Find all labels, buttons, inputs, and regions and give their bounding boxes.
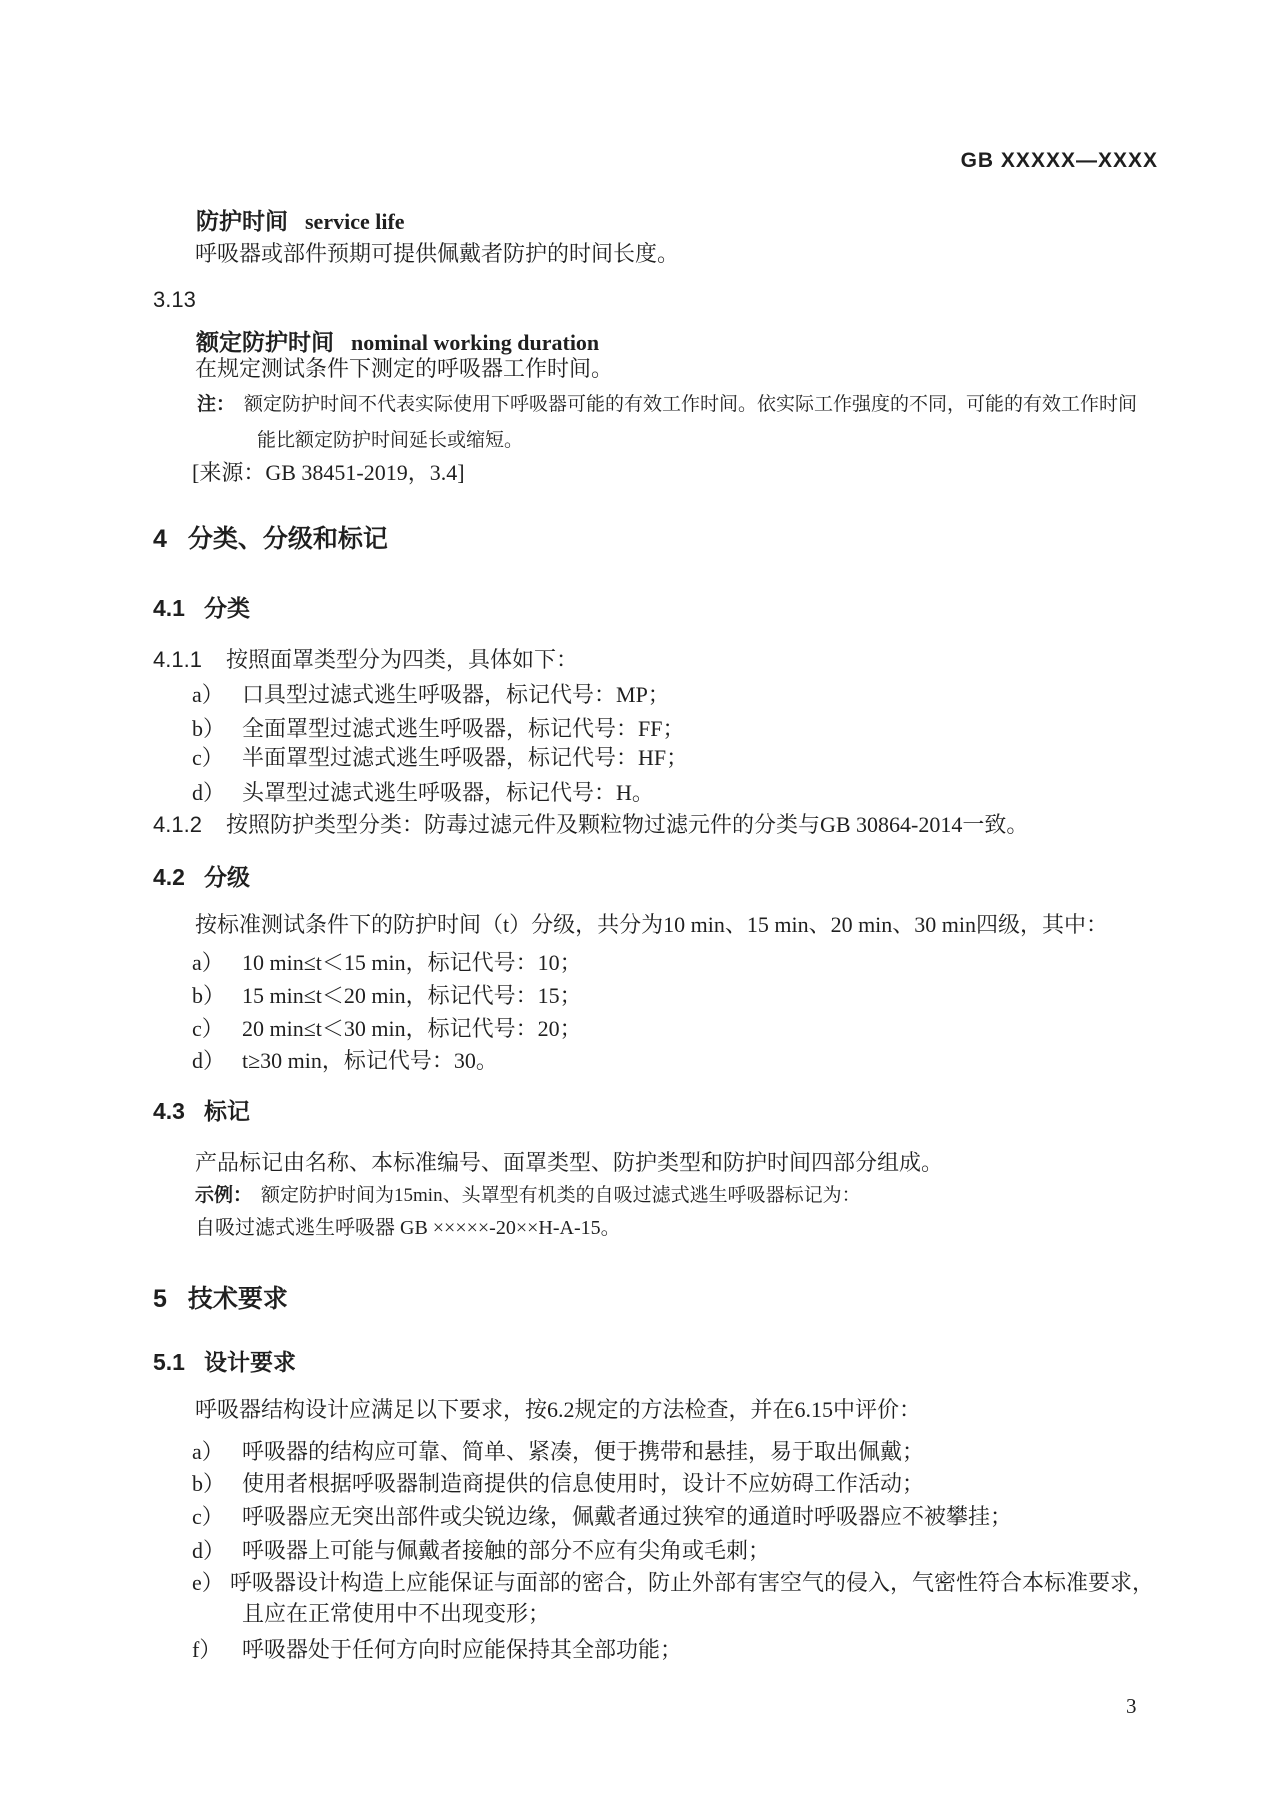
- list-item: d）t≥30 min，标记代号：30。: [192, 1048, 498, 1074]
- list-item: c）呼吸器应无突出部件或尖锐边缘，佩戴者通过狭窄的通道时呼吸器应不被攀挂；: [192, 1504, 1012, 1530]
- list-text: 20 min≤t＜30 min，标记代号：20；: [242, 1016, 582, 1041]
- section-title: 分类: [204, 595, 250, 621]
- term-en-label: nominal working duration: [351, 330, 599, 355]
- list-text: 呼吸器上可能与佩戴者接触的部分不应有尖角或毛刺；: [242, 1538, 770, 1563]
- list-text: t≥30 min，标记代号：30。: [242, 1048, 498, 1073]
- list-item: f）呼吸器处于任何方向时应能保持其全部功能；: [192, 1637, 682, 1663]
- section-4-1-heading: 4.1分类: [153, 595, 250, 623]
- section-title: 技术要求: [188, 1285, 288, 1313]
- term-en-label: service life: [305, 209, 405, 234]
- clause-4-1-2: 4.1.2按照防护类型分类：防毒过滤元件及颗粒物过滤元件的分类与GB 30864…: [153, 812, 1028, 838]
- list-item: c）半面罩型过滤式逃生呼吸器，标记代号：HF；: [192, 745, 688, 771]
- note-line-2: 能比额定防护时间延长或缩短。: [257, 430, 523, 453]
- section-title: 设计要求: [204, 1349, 296, 1375]
- list-marker: e）: [192, 1570, 230, 1596]
- term-definition: 呼吸器或部件预期可提供佩戴者防护的时间长度。: [195, 241, 679, 267]
- section-number: 4.3: [153, 1098, 185, 1124]
- section-number: 4.2: [153, 864, 185, 890]
- list-text: 呼吸器处于任何方向时应能保持其全部功能；: [242, 1637, 682, 1662]
- term-heading-service-life: 防护时间service life: [196, 208, 405, 236]
- section-5-1-heading: 5.1设计要求: [153, 1349, 296, 1377]
- section-title: 标记: [204, 1098, 250, 1124]
- list-text: 呼吸器的结构应可靠、简单、紧凑，便于携带和悬挂，易于取出佩戴；: [242, 1439, 924, 1464]
- section-5-heading: 5技术要求: [153, 1284, 288, 1314]
- list-marker: b）: [192, 716, 242, 742]
- document-page: GB XXXXX—XXXX 防护时间service life 呼吸器或部件预期可…: [0, 0, 1280, 1810]
- section-title: 分类、分级和标记: [188, 525, 388, 553]
- section-4-3-heading: 4.3标记: [153, 1098, 250, 1126]
- list-text: 使用者根据呼吸器制造商提供的信息使用时，设计不应妨碍工作活动；: [242, 1471, 924, 1496]
- list-marker: b）: [192, 1471, 242, 1497]
- list-text: 呼吸器应无突出部件或尖锐边缘，佩戴者通过狭窄的通道时呼吸器应不被攀挂；: [242, 1504, 1012, 1529]
- list-marker: d）: [192, 1048, 242, 1074]
- paragraph: 呼吸器结构设计应满足以下要求，按6.2规定的方法检查，并在6.15中评价：: [195, 1397, 921, 1423]
- list-marker: a）: [192, 950, 242, 976]
- section-number: 4: [153, 525, 167, 553]
- list-marker: c）: [192, 1016, 242, 1042]
- list-item: a）10 min≤t＜15 min，标记代号：10；: [192, 950, 582, 976]
- list-text: 口具型过滤式逃生呼吸器，标记代号：MP；: [242, 682, 670, 707]
- paragraph: 产品标记由名称、本标准编号、面罩类型、防护类型和防护时间四部分组成。: [195, 1150, 943, 1176]
- list-marker: d）: [192, 1538, 242, 1564]
- list-item-continuation: 且应在正常使用中不出现变形；: [242, 1601, 550, 1627]
- list-text: 15 min≤t＜20 min，标记代号：15；: [242, 983, 582, 1008]
- list-text: 呼吸器设计构造上应能保证与面部的密合，防止外部有害空气的侵入，气密性符合本标准要…: [230, 1570, 1154, 1595]
- source-reference: [来源：GB 38451-2019，3.4]: [192, 460, 465, 486]
- note-line-1: 注：额定防护时间不代表实际使用下呼吸器可能的有效工作时间。依实际工作强度的不同，…: [197, 394, 1137, 417]
- list-marker: f）: [192, 1637, 242, 1663]
- page-number: 3: [1126, 1694, 1137, 1719]
- section-title: 分级: [204, 864, 250, 890]
- list-marker: a）: [192, 682, 242, 708]
- clause-4-1-1: 4.1.1按照面罩类型分为四类，具体如下：: [153, 647, 578, 673]
- term-zh-label: 防护时间: [196, 208, 288, 234]
- section-number: 5.1: [153, 1349, 185, 1375]
- section-number: 4.1: [153, 595, 185, 621]
- list-item: e）呼吸器设计构造上应能保证与面部的密合，防止外部有害空气的侵入，气密性符合本标…: [192, 1570, 1154, 1596]
- term-definition: 在规定测试条件下测定的呼吸器工作时间。: [195, 356, 613, 382]
- clause-text: 按照面罩类型分为四类，具体如下：: [226, 647, 578, 672]
- running-header: GB XXXXX—XXXX: [961, 148, 1158, 173]
- example-label: 示例：: [195, 1185, 252, 1206]
- clause-text: 按照防护类型分类：防毒过滤元件及颗粒物过滤元件的分类与GB 30864-2014…: [226, 812, 1028, 837]
- list-marker: c）: [192, 1504, 242, 1530]
- term-zh-label: 额定防护时间: [196, 329, 334, 355]
- list-marker: c）: [192, 745, 242, 771]
- list-text: 全面罩型过滤式逃生呼吸器，标记代号：FF；: [242, 716, 684, 741]
- list-text: 半面罩型过滤式逃生呼吸器，标记代号：HF；: [242, 745, 688, 770]
- term-heading-nominal-working-duration: 额定防护时间nominal working duration: [196, 329, 599, 357]
- section-4-heading: 4分类、分级和标记: [153, 524, 388, 554]
- list-item: a）口具型过滤式逃生呼吸器，标记代号：MP；: [192, 682, 670, 708]
- paragraph: 按标准测试条件下的防护时间（t）分级，共分为10 min、15 min、20 m…: [195, 912, 1108, 938]
- list-item: d）呼吸器上可能与佩戴者接触的部分不应有尖角或毛刺；: [192, 1538, 770, 1564]
- clause-number: 4.1.1: [153, 647, 202, 672]
- clause-number-3-13: 3.13: [153, 287, 196, 313]
- example-line: 示例：额定防护时间为15min、头罩型有机类的自吸过滤式逃生呼吸器标记为：: [195, 1185, 861, 1208]
- section-number: 5: [153, 1285, 167, 1313]
- list-item: d）头罩型过滤式逃生呼吸器，标记代号：H。: [192, 780, 654, 806]
- list-item: c）20 min≤t＜30 min，标记代号：20；: [192, 1016, 582, 1042]
- clause-number: 4.1.2: [153, 812, 202, 837]
- list-text: 10 min≤t＜15 min，标记代号：10；: [242, 950, 582, 975]
- example-marking: 自吸过滤式逃生呼吸器 GB ×××××-20××H-A-15。: [195, 1216, 621, 1240]
- list-item: b）15 min≤t＜20 min，标记代号：15；: [192, 983, 582, 1009]
- list-text: 头罩型过滤式逃生呼吸器，标记代号：H。: [242, 780, 654, 805]
- note-label: 注：: [197, 394, 235, 415]
- note-text: 额定防护时间不代表实际使用下呼吸器可能的有效工作时间。依实际工作强度的不同，可能…: [244, 394, 1137, 415]
- example-text: 额定防护时间为15min、头罩型有机类的自吸过滤式逃生呼吸器标记为：: [261, 1185, 861, 1206]
- list-item: b）全面罩型过滤式逃生呼吸器，标记代号：FF；: [192, 716, 684, 742]
- list-marker: d）: [192, 780, 242, 806]
- list-marker: b）: [192, 983, 242, 1009]
- section-4-2-heading: 4.2分级: [153, 864, 250, 892]
- list-marker: a）: [192, 1439, 242, 1465]
- list-item: b）使用者根据呼吸器制造商提供的信息使用时，设计不应妨碍工作活动；: [192, 1471, 924, 1497]
- list-item: a）呼吸器的结构应可靠、简单、紧凑，便于携带和悬挂，易于取出佩戴；: [192, 1439, 924, 1465]
